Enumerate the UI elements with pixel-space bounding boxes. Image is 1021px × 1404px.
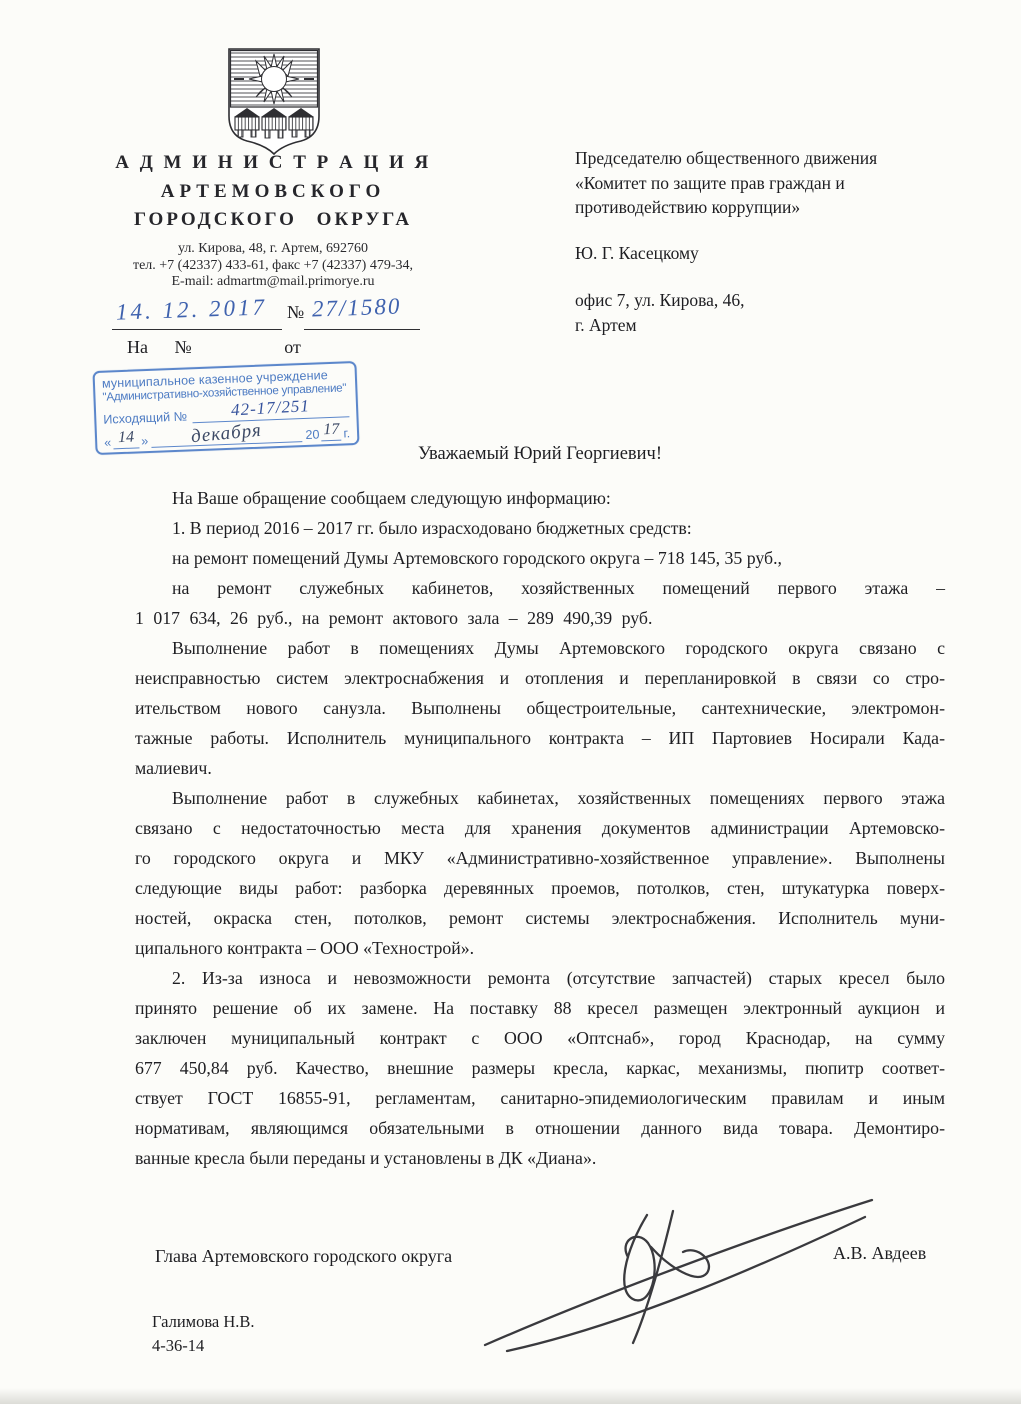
org-email-line: E-mail: admartm@mail.primorye.ru	[98, 274, 448, 291]
body-line: связано с недостаточностью места для хра…	[135, 813, 945, 843]
coat-of-arms-icon	[222, 44, 326, 158]
body-line: ципального контракта – ООО «Технострой».	[135, 933, 945, 963]
scanned-letter-page: А Д М И Н И С Т Р А Ц И Я АРТЕМОВСКОГО Г…	[0, 0, 1021, 1404]
signer-position-title: Глава Артемовского городского округа	[155, 1246, 452, 1267]
recipient-line1: Председателю общественного движения	[575, 146, 955, 171]
letter-body: На Ваше обращение сообщаем следующую инф…	[135, 483, 945, 1173]
recipient-line2: «Комитет по защите прав граждан и	[575, 171, 955, 196]
reply-ot-label: от	[284, 337, 301, 358]
body-line: на ремонт служебных кабинетов, хозяйстве…	[135, 573, 945, 603]
body-line: Выполнение работ в служебных кабинетах, …	[135, 783, 945, 813]
stamp-handwritten-day: 14	[118, 429, 135, 448]
registration-stamp: муниципальное казенное учреждение "Админ…	[92, 361, 359, 455]
handwritten-date: 14. 12. 2017	[116, 294, 268, 325]
recipient-block: Председателю общественного движения «Ком…	[575, 146, 955, 337]
org-name-block: А Д М И Н И С Т Р А Ц И Я АРТЕМОВСКОГО Г…	[98, 152, 448, 231]
org-address-block: ул. Кирова, 48, г. Артем, 692760 тел. +7…	[98, 241, 448, 291]
body-line: нормативам, являющимся обязательными в о…	[135, 1113, 945, 1143]
recipient-address-line1: офис 7, ул. Кирова, 46,	[575, 288, 955, 313]
salutation: Уважаемый Юрий Георгиевич!	[135, 444, 945, 465]
number-sign-label: №	[287, 302, 304, 323]
stamp-year-suffix: г.	[343, 426, 350, 440]
body-line: 1. В период 2016 – 2017 гг. было израсхо…	[135, 513, 945, 543]
stamp-year-field: 17	[321, 422, 342, 442]
body-line: малиевич.	[135, 753, 945, 783]
body-line: ностей, окраска стен, потолков, ремонт с…	[135, 903, 945, 933]
body-line: на ремонт помещений Думы Артемовского го…	[135, 543, 945, 573]
executor-name: Галимова Н.В.	[152, 1312, 255, 1332]
body-line: Выполнение работ в помещениях Думы Артем…	[135, 633, 945, 663]
reply-number-sign: №	[175, 337, 192, 358]
number-underline	[304, 329, 420, 330]
body-line: следующие виды работ: разборка деревянны…	[135, 873, 945, 903]
date-underline	[112, 329, 282, 330]
handwritten-outgoing-number: 27/1580	[312, 293, 402, 322]
body-line: тажные работы. Исполнитель муниципальног…	[135, 723, 945, 753]
stamp-quote-open: «	[104, 435, 112, 449]
body-line: 1 017 634, 26 руб., на ремонт актового з…	[135, 603, 945, 633]
body-line: На Ваше обращение сообщаем следующую инф…	[135, 483, 945, 513]
stamp-handwritten-year: 17	[323, 421, 340, 440]
reply-na-label: На	[127, 337, 148, 358]
scan-edge-shadow	[0, 1388, 1021, 1404]
handwritten-signature	[465, 1185, 895, 1360]
body-line: принято решение об их замене. На поставк…	[135, 993, 945, 1023]
body-line: заключен муниципальный контракт с ООО «О…	[135, 1023, 945, 1053]
org-address-line2: тел. +7 (42337) 433-61, факс +7 (42337) …	[98, 258, 448, 275]
org-name-line1: А Д М И Н И С Т Р А Ц И Я	[98, 152, 448, 174]
org-name-line3: ГОРОДСКОГО ОКРУГА	[98, 209, 448, 231]
recipient-line3: противодействию коррупции»	[575, 195, 955, 220]
reply-reference-line: На № от	[127, 337, 301, 358]
body-line: ствует ГОСТ 16855-91, регламентам, санит…	[135, 1083, 945, 1113]
body-line: неисправностью систем электроснабжения и…	[135, 663, 945, 693]
recipient-name: Ю. Г. Касецкому	[575, 241, 955, 266]
body-line: 2. Из-за износа и невозможности ремонта …	[135, 963, 945, 993]
executor-phone: 4-36-14	[152, 1336, 204, 1356]
body-line: го городского округа и МКУ «Администрати…	[135, 843, 945, 873]
org-name-line2: АРТЕМОВСКОГО	[98, 181, 448, 203]
stamp-year-prefix: 20	[305, 427, 320, 442]
body-line: ительством нового санузла. Выполнены общ…	[135, 693, 945, 723]
stamp-handwritten-number: 42-17/251	[231, 396, 311, 420]
body-line: 677 450,84 руб. Качество, внешние размер…	[135, 1053, 945, 1083]
org-address-line1: ул. Кирова, 48, г. Артем, 692760	[98, 241, 448, 258]
recipient-address-line2: г. Артем	[575, 313, 955, 338]
body-line: ванные кресла были переданы и установлен…	[135, 1143, 945, 1173]
